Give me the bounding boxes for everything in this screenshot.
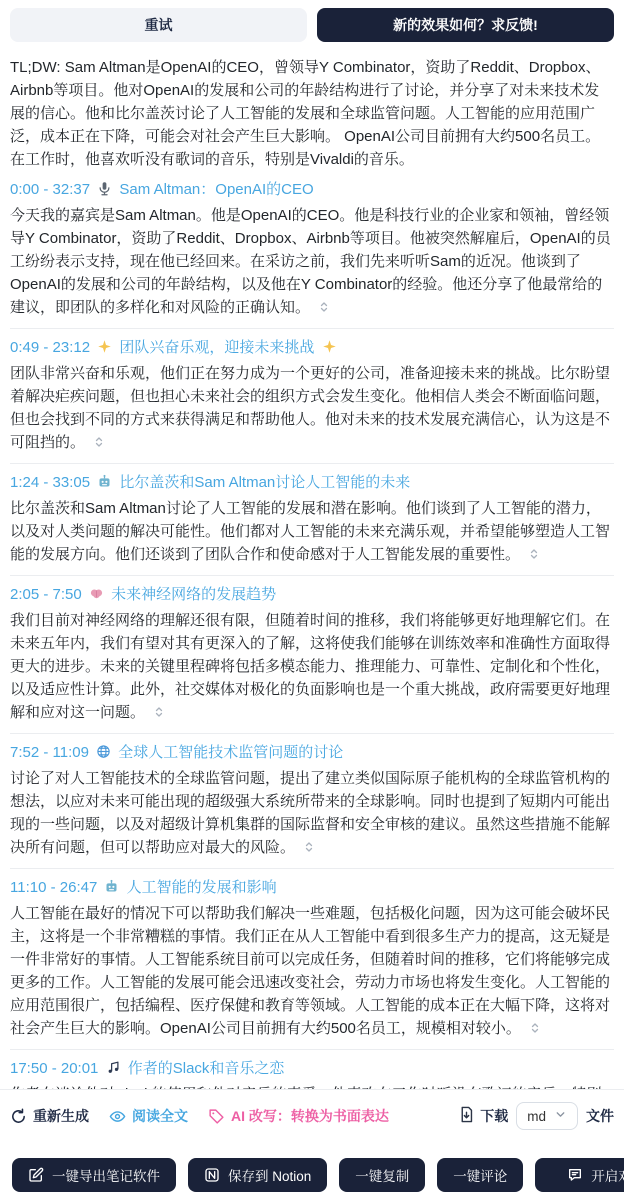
divider <box>10 1049 614 1050</box>
format-value: md <box>527 1109 546 1124</box>
summary-section: 0:00 - 32:37 Sam Altman：OpenAI的CEO 今天我的嘉… <box>10 179 614 329</box>
tag-icon <box>208 1108 225 1125</box>
timestamp-range[interactable]: 0:00 - 32:37 <box>10 181 90 198</box>
section-summary: 讨论了对人工智能技术的全球监管问题，提出了建立类似国际原子能机构的全球监管机构的… <box>10 767 614 860</box>
divider <box>10 733 614 734</box>
file-label: 文件 <box>586 1106 614 1126</box>
action-button[interactable]: 开启对话 <box>535 1158 624 1192</box>
divider <box>10 868 614 869</box>
expand-collapse-icon[interactable] <box>93 432 105 455</box>
regenerate-button[interactable]: 重新生成 <box>10 1106 89 1126</box>
section-title: 人工智能的发展和影响 <box>127 879 277 896</box>
divider <box>10 575 614 576</box>
timestamp-range[interactable]: 17:50 - 20:01 <box>10 1060 98 1077</box>
brain-icon <box>89 586 104 607</box>
tldw-summary: TL;DW: Sam Altman是OpenAI的CEO，曾领导Y Combin… <box>10 56 614 171</box>
section-summary-text: 人工智能在最好的情况下可以帮助我们解决一些难题，包括极化问题，因为这可能会破坏民… <box>10 905 610 1037</box>
eye-icon <box>109 1108 126 1125</box>
summary-section: 7:52 - 11:09 全球人工智能技术监管问题的讨论 讨论了对人工智能技术的… <box>10 742 614 869</box>
ai-rewrite-button[interactable]: AI 改写：转换为书面表达 <box>208 1106 389 1126</box>
expand-collapse-icon[interactable] <box>153 702 165 725</box>
action-button-label: 保存到 Notion <box>228 1165 311 1185</box>
section-summary-text: 我们目前对神经网络的理解还很有限，但随着时间的推移，我们将能够更好地理解它们。在… <box>10 612 610 721</box>
summary-section: 11:10 - 26:47 人工智能的发展和影响 人工智能在最好的情况下可以帮助… <box>10 877 614 1050</box>
microphone-icon <box>97 181 112 202</box>
section-heading[interactable]: 11:10 - 26:47 人工智能的发展和影响 <box>10 877 614 900</box>
expand-collapse-icon[interactable] <box>529 1018 541 1041</box>
section-list: 0:00 - 32:37 Sam Altman：OpenAI的CEO 今天我的嘉… <box>10 179 614 1096</box>
action-button[interactable]: 保存到 Notion <box>188 1158 327 1192</box>
section-summary: 比尔盖茨和Sam Altman讨论了人工智能的发展和潜在影响。他们谈到了人工智能… <box>10 497 614 567</box>
sparkle-star-icon <box>322 339 337 360</box>
summary-panel: 重试 新的效果如何？求反馈! TL;DW: Sam Altman是OpenAI的… <box>0 0 624 1096</box>
expand-collapse-icon[interactable] <box>303 837 315 860</box>
action-button-bar: 一键导出笔记软件 保存到 Notion 一键复制 一键评论 开启对话 <box>0 1142 624 1200</box>
section-heading[interactable]: 7:52 - 11:09 全球人工智能技术监管问题的讨论 <box>10 742 614 765</box>
section-summary: 今天我的嘉宾是Sam Altman。他是OpenAI的CEO。他是科技行业的企业… <box>10 204 614 320</box>
section-title: 未来神经网络的发展趋势 <box>111 586 276 603</box>
section-summary-text: 今天我的嘉宾是Sam Altman。他是OpenAI的CEO。他是科技行业的企业… <box>10 207 611 316</box>
expand-collapse-icon[interactable] <box>318 297 330 320</box>
section-title: 全球人工智能技术监管问题的讨论 <box>118 744 343 761</box>
download-file-icon <box>458 1106 475 1126</box>
download-group: 下载 md 文件 <box>458 1102 614 1130</box>
section-heading[interactable]: 1:24 - 33:05 比尔盖茨和Sam Altman讨论人工智能的未来 <box>10 472 614 495</box>
timestamp-range[interactable]: 2:05 - 7:50 <box>10 586 82 603</box>
section-title: 团队兴奋乐观，迎接未来挑战 <box>119 339 314 356</box>
timestamp-range[interactable]: 11:10 - 26:47 <box>10 879 97 896</box>
section-title: 比尔盖茨和Sam Altman讨论人工智能的未来 <box>119 474 410 491</box>
section-summary: 我们目前对神经网络的理解还很有限，但随着时间的推移，我们将能够更好地理解它们。在… <box>10 609 614 725</box>
sparkle-star-icon <box>97 339 112 360</box>
download-button[interactable]: 下载 <box>458 1106 508 1126</box>
section-title: Sam Altman：OpenAI的CEO <box>119 181 313 198</box>
format-select[interactable]: md <box>516 1102 578 1130</box>
action-button[interactable]: 一键导出笔记软件 <box>12 1158 176 1192</box>
notion-icon <box>204 1167 220 1183</box>
regenerate-label: 重新生成 <box>33 1106 89 1126</box>
read-full-text-label: 阅读全文 <box>132 1106 188 1126</box>
section-title: 作者的Slack和音乐之恋 <box>128 1060 285 1077</box>
chevron-down-icon <box>554 1108 567 1124</box>
edit-icon <box>28 1167 44 1183</box>
section-heading[interactable]: 0:49 - 23:12 团队兴奋乐观，迎接未来挑战 <box>10 337 614 360</box>
globe-icon <box>96 744 111 765</box>
ai-rewrite-label: AI 改写：转换为书面表达 <box>231 1106 389 1126</box>
expand-collapse-icon[interactable] <box>528 544 540 567</box>
section-summary: 人工智能在最好的情况下可以帮助我们解决一些难题，包括极化问题，因为这可能会破坏民… <box>10 902 614 1041</box>
action-button-label: 开启对话 <box>591 1165 624 1185</box>
footer: 重新生成 阅读全文 AI 改写：转换为书面表达 下载 md 文件 一键导出笔记软… <box>0 1089 624 1200</box>
timestamp-range[interactable]: 0:49 - 23:12 <box>10 339 90 356</box>
action-button[interactable]: 一键评论 <box>437 1158 523 1192</box>
section-heading[interactable]: 0:00 - 32:37 Sam Altman：OpenAI的CEO <box>10 179 614 202</box>
summary-section: 2:05 - 7:50 未来神经网络的发展趋势 我们目前对神经网络的理解还很有限… <box>10 584 614 734</box>
read-full-text-button[interactable]: 阅读全文 <box>109 1106 188 1126</box>
summary-section: 1:24 - 33:05 比尔盖茨和Sam Altman讨论人工智能的未来 比尔… <box>10 472 614 576</box>
action-button-label: 一键评论 <box>453 1165 507 1185</box>
section-heading[interactable]: 2:05 - 7:50 未来神经网络的发展趋势 <box>10 584 614 607</box>
bottom-toolbar: 重新生成 阅读全文 AI 改写：转换为书面表达 下载 md 文件 <box>0 1090 624 1142</box>
divider <box>10 463 614 464</box>
music-note-icon <box>106 1060 121 1081</box>
divider <box>10 328 614 329</box>
retry-button[interactable]: 重试 <box>10 8 307 42</box>
download-label: 下载 <box>480 1106 508 1126</box>
summary-section: 0:49 - 23:12 团队兴奋乐观，迎接未来挑战 团队非常兴奋和乐观，他们正… <box>10 337 614 464</box>
timestamp-range[interactable]: 1:24 - 33:05 <box>10 474 90 491</box>
chat-icon <box>567 1167 583 1183</box>
timestamp-range[interactable]: 7:52 - 11:09 <box>10 744 89 761</box>
section-heading[interactable]: 17:50 - 20:01 作者的Slack和音乐之恋 <box>10 1058 614 1081</box>
section-summary: 团队非常兴奋和乐观，他们正在努力成为一个更好的公司，准备迎接未来的挑战。比尔盼望… <box>10 362 614 455</box>
regenerate-icon <box>10 1108 27 1125</box>
robot-icon <box>97 474 112 495</box>
action-button-label: 一键复制 <box>355 1165 409 1185</box>
section-summary-text: 比尔盖茨和Sam Altman讨论了人工智能的发展和潜在影响。他们谈到了人工智能… <box>10 500 610 563</box>
action-button[interactable]: 一键复制 <box>339 1158 425 1192</box>
feedback-button[interactable]: 新的效果如何？求反馈! <box>317 8 614 42</box>
robot-icon <box>104 879 119 900</box>
action-button-label: 一键导出笔记软件 <box>52 1165 160 1185</box>
top-button-row: 重试 新的效果如何？求反馈! <box>10 8 614 42</box>
